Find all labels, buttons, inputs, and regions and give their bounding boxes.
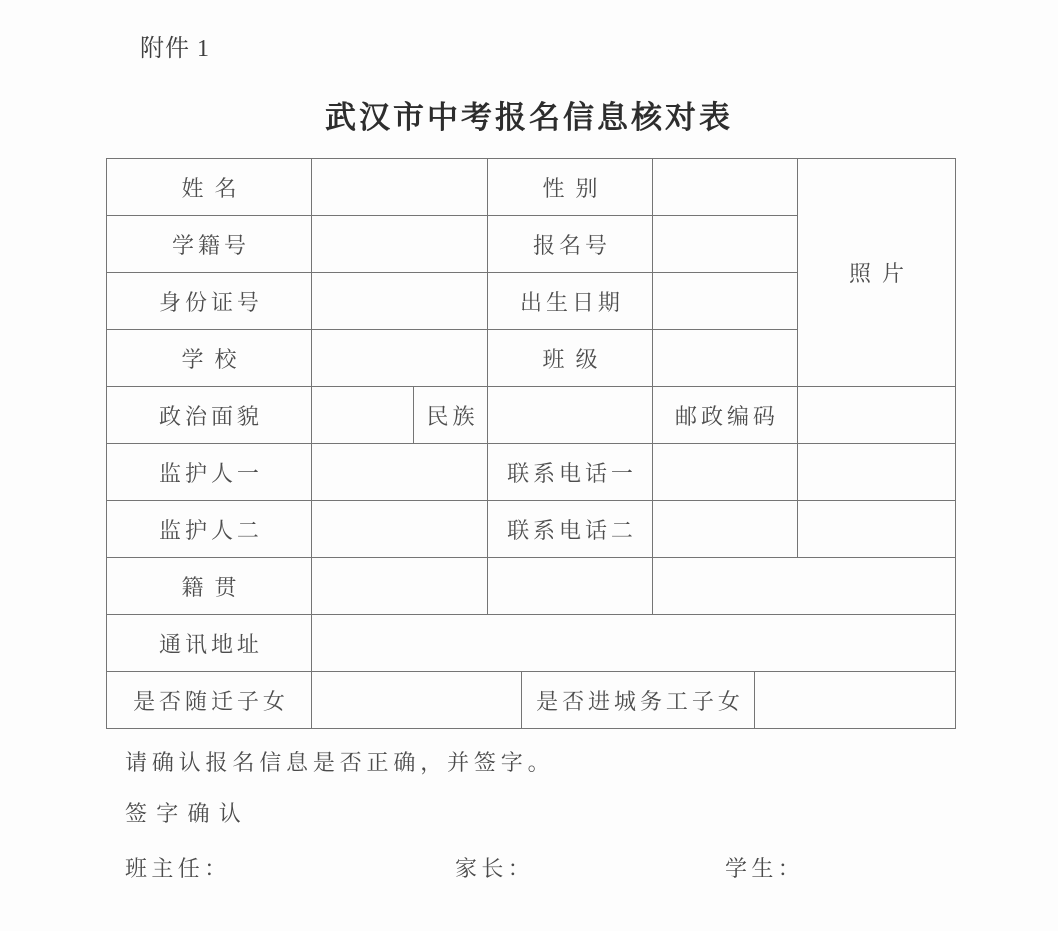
school-label-cell: 学校	[107, 330, 312, 387]
phone2-value-cell	[653, 501, 798, 558]
signature-confirm-label: 签字确认	[125, 797, 250, 828]
political-status-label-cell: 政治面貌	[107, 387, 312, 444]
birth-date-value-cell	[653, 273, 798, 330]
ethnicity-value-cell	[488, 387, 653, 444]
id-card-value-cell	[312, 273, 488, 330]
migrant-children-label-cell: 是否随迁子女	[107, 672, 312, 729]
class-value-cell	[653, 330, 798, 387]
id-card-label-cell: 身份证号	[107, 273, 312, 330]
phone1-value-cell	[653, 444, 798, 501]
migrant-children-value-cell	[312, 672, 522, 729]
parent-signature-label: 家长：	[455, 852, 534, 883]
registration-no-value-cell	[653, 216, 798, 273]
table-row-mailing-address: 通讯地址	[107, 615, 956, 672]
class-label-cell: 班级	[488, 330, 653, 387]
guardian2-label-cell: 监护人二	[107, 501, 312, 558]
migrant-worker-children-value-cell	[755, 672, 956, 729]
postal-code-value-cell	[798, 387, 956, 444]
registration-form-table: 姓名 性别 学籍号 报名号 身份证号 出生日期	[106, 158, 956, 729]
confirm-note: 请确认报名信息是否正确，并签字。	[125, 746, 554, 777]
table-row-guardian2: 监护人二 联系电话二	[107, 501, 956, 558]
guardian1-extra-cell	[798, 444, 956, 501]
native-place-value-cell-3	[653, 558, 956, 615]
political-status-value-cell	[312, 387, 414, 444]
student-id-value-cell	[312, 216, 488, 273]
guardian1-value-cell	[312, 444, 488, 501]
registration-no-label-cell: 报名号	[488, 216, 653, 273]
table-top-block: 姓名 性别 学籍号 报名号 身份证号 出生日期	[107, 159, 956, 387]
guardian2-extra-cell	[798, 501, 956, 558]
document-page: 附件 1 武汉市中考报名信息核对表 姓名 性别 学籍号 报名号 身份证号	[0, 0, 1058, 931]
mailing-address-value-cell	[312, 615, 956, 672]
migrant-worker-children-label-cell: 是否进城务工子女	[522, 672, 755, 729]
student-signature-label: 学生：	[725, 852, 804, 883]
mailing-address-label-cell: 通讯地址	[107, 615, 312, 672]
name-label-cell: 姓名	[107, 159, 312, 216]
guardian2-value-cell	[312, 501, 488, 558]
table-row-political-ethnic-postal: 政治面貌 民族 邮政编码	[107, 387, 956, 444]
ethnicity-label-cell: 民族	[414, 387, 488, 444]
native-place-value-cell-1	[312, 558, 488, 615]
table-row-school-class: 学校 班级	[107, 330, 798, 387]
table-top-left: 姓名 性别 学籍号 报名号 身份证号 出生日期	[107, 159, 798, 387]
form-title: 武汉市中考报名信息核对表	[0, 92, 1058, 137]
birth-date-label-cell: 出生日期	[488, 273, 653, 330]
phone2-label-cell: 联系电话二	[488, 501, 653, 558]
table-row-guardian1: 监护人一 联系电话一	[107, 444, 956, 501]
gender-label-cell: 性别	[488, 159, 653, 216]
gender-value-cell	[653, 159, 798, 216]
native-place-value-cell-2	[488, 558, 653, 615]
school-value-cell	[312, 330, 488, 387]
teacher-signature-label: 班主任：	[125, 852, 231, 883]
table-row-idcard-birthdate: 身份证号 出生日期	[107, 273, 798, 330]
guardian1-label-cell: 监护人一	[107, 444, 312, 501]
attachment-label: 附件 1	[140, 28, 210, 63]
postal-code-label-cell: 邮政编码	[653, 387, 798, 444]
table-row-native-place: 籍贯	[107, 558, 956, 615]
native-place-label-cell: 籍贯	[107, 558, 312, 615]
table-row-studentid-regno: 学籍号 报名号	[107, 216, 798, 273]
photo-cell: 照片	[798, 159, 956, 387]
table-row-name-gender: 姓名 性别	[107, 159, 798, 216]
name-value-cell	[312, 159, 488, 216]
student-id-label-cell: 学籍号	[107, 216, 312, 273]
phone1-label-cell: 联系电话一	[488, 444, 653, 501]
table-row-migrant: 是否随迁子女 是否进城务工子女	[107, 672, 956, 729]
